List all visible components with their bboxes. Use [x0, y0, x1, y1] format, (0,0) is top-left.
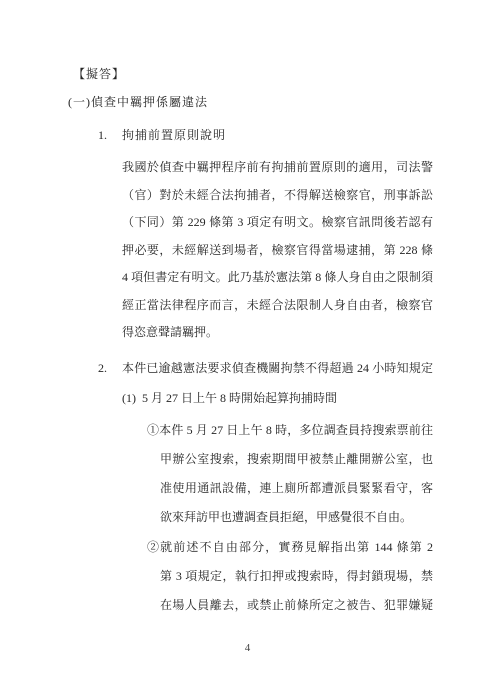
- point-1-line: ①本件 5 月 27 日上午 8 時，多位調查員持搜索票前往: [147, 416, 433, 445]
- item-2-title: 本件已逾越憲法要求偵查機關拘禁不得超過 24 小時知規定: [122, 354, 433, 382]
- section-heading: (一)偵查中羈押係屬違法: [68, 88, 495, 116]
- subitem-1-title: 5 月 27 日上午 8 時開始起算拘捕時間: [142, 384, 337, 412]
- item-1-paragraph: 我國於偵查中羈押程序前有拘捕前置原則的適用，司法警察 （官）對於未經合法拘捕者，…: [122, 154, 433, 347]
- point-1-line: 欲來拜訪甲也遭調查員拒絕，甲感覺很不自由。: [160, 503, 433, 532]
- item-2-number: 2.: [98, 354, 122, 382]
- point-1-line: 准使用通訊設備，連上廁所都遭派員緊緊看守，客戶: [160, 474, 433, 503]
- answer-title: 【擬答】: [73, 60, 495, 88]
- document-page: 【擬答】 (一)偵查中羈押係屬違法 1. 拘捕前置原則說明 我國於偵查中羈押程序…: [0, 0, 495, 700]
- point-2: ②就前述不自由部分，實務見解指出第 144 條第 2 項、 第 3 項規定，執行…: [0, 533, 495, 620]
- point-2-line: 第 3 項規定，執行扣押或搜索時，得封鎖現場，禁止: [160, 562, 433, 591]
- point-2-line: ②就前述不自由部分，實務見解指出第 144 條第 2 項、: [147, 533, 433, 562]
- paragraph-line: 經正當法律程序而言，未經合法限制人身自由者，檢察官不: [122, 292, 433, 320]
- paragraph-line: 我國於偵查中羈押程序前有拘捕前置原則的適用，司法警察: [122, 154, 433, 182]
- paragraph-line: 得恣意聲請羈押。: [122, 319, 433, 347]
- paragraph-line: 押必要，未經解送到場者，檢察官得當場逮捕，第 228 條第: [122, 237, 433, 265]
- page-number: 4: [0, 640, 495, 656]
- item-2: 2. 本件已逾越憲法要求偵查機關拘禁不得超過 24 小時知規定: [98, 354, 433, 382]
- subitem-1: (1) 5 月 27 日上午 8 時開始起算拘捕時間: [122, 384, 495, 412]
- paragraph-line: （下同）第 229 條第 3 項定有明文。檢察官訊問後若認有羈: [122, 209, 433, 237]
- item-1-title: 拘捕前置原則說明: [122, 121, 433, 149]
- subitem-1-label: (1): [122, 384, 136, 412]
- item-1: 1. 拘捕前置原則說明: [98, 121, 433, 149]
- paragraph-line: （官）對於未經合法拘捕者，不得解送檢察官，刑事訴訟法: [122, 182, 433, 210]
- paragraph-line: 4 項但書定有明文。此乃基於憲法第 8 條人身自由之限制須: [122, 264, 433, 292]
- point-1: ①本件 5 月 27 日上午 8 時，多位調查員持搜索票前往 甲辦公室搜索，搜索…: [0, 416, 495, 532]
- point-2-line: 在場人員離去，或禁止前條所定之被告、犯罪嫌疑人: [160, 591, 433, 620]
- item-1-number: 1.: [98, 121, 122, 149]
- point-1-line: 甲辦公室搜索，搜索期間甲被禁止離開辦公室，也不: [160, 445, 433, 474]
